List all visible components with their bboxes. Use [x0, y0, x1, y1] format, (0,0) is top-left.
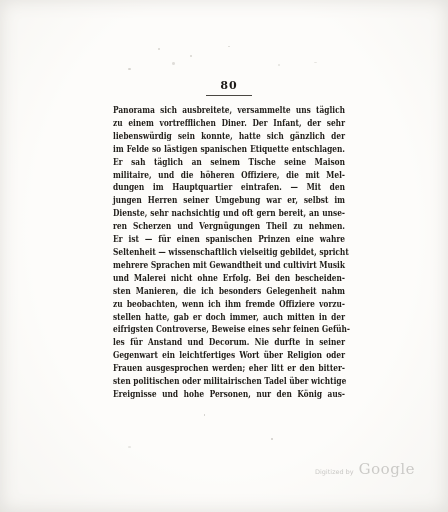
page-header: 80 — [113, 79, 345, 96]
text-line: Er sah täglich an seinem Tische seine Ma… — [113, 157, 345, 170]
scan-speck — [228, 46, 230, 47]
body-text-lines: Panorama sich ausbreitete, versammelte u… — [113, 105, 345, 402]
text-line: zu beobachten, wenn ich ihm fremde Offiz… — [113, 299, 345, 312]
scanned-book-page: 80 Panorama sich ausbreitete, versammelt… — [0, 0, 448, 512]
text-line: Seltenheit — wissenschaftlich vielseitig… — [113, 247, 345, 260]
scan-speck — [204, 414, 205, 416]
scan-speck — [190, 55, 192, 57]
text-line: stellen hatte, gab er doch immer, auch m… — [113, 312, 345, 325]
google-logo: Google — [359, 460, 415, 478]
scan-speck — [158, 48, 160, 50]
text-line: mehrere Sprachen mit Gewandtheit und cul… — [113, 260, 345, 273]
scan-speck — [128, 446, 131, 448]
text-line: Dienste, sehr nachsichtig und oft gern b… — [113, 208, 345, 221]
text-line: Frauen ausgesprochen werden; eher litt e… — [113, 363, 345, 376]
text-line: im Felde so lästigen spanischen Etiquett… — [113, 144, 345, 157]
text-line: Ereignisse und hohe Personen, nur den Kö… — [113, 389, 345, 402]
text-line: jungen Herren seiner Umgebung war er, se… — [113, 195, 345, 208]
text-line: zu einem vortrefflichen Diner. Der Infan… — [113, 118, 345, 131]
text-line: Panorama sich ausbreitete, versammelte u… — [113, 105, 345, 118]
text-line: dungen im Hauptquartier eintrafen. — Mit… — [113, 182, 345, 195]
text-line: Gegenwart ein leichtfertiges Wort über R… — [113, 350, 345, 363]
digitized-by-google-watermark: Digitized by Google — [315, 460, 415, 478]
text-line: militaire, und die höheren Offiziere, di… — [113, 170, 345, 183]
text-line: liebenswürdig sein konnte, hatte sich gä… — [113, 131, 345, 144]
digitized-by-label: Digitized by — [315, 468, 354, 476]
text-line: ren Scherzen und Vergnügungen Theil zu n… — [113, 221, 345, 234]
page-number-rule — [206, 95, 252, 96]
page-number: 80 — [113, 79, 345, 92]
text-line: Er ist — für einen spanischen Prinzen ei… — [113, 234, 345, 247]
text-line: eifrigsten Controverse, Beweise eines se… — [113, 324, 345, 337]
scan-speck — [278, 64, 280, 66]
text-line: les für Anstand und Decorum. Nie durfte … — [113, 337, 345, 350]
text-line: und Malerei nicht ohne Erfolg. Bei den b… — [113, 273, 345, 286]
scan-speck — [128, 68, 131, 70]
scan-speck — [172, 62, 175, 65]
body-text-block: Panorama sich ausbreitete, versammelte u… — [113, 105, 345, 402]
scan-speck — [314, 62, 317, 63]
text-line: sten politischen oder militairischen Tad… — [113, 376, 345, 389]
scan-speck — [271, 438, 273, 440]
text-line: sten Manieren, die ich besonders Gelegen… — [113, 286, 345, 299]
